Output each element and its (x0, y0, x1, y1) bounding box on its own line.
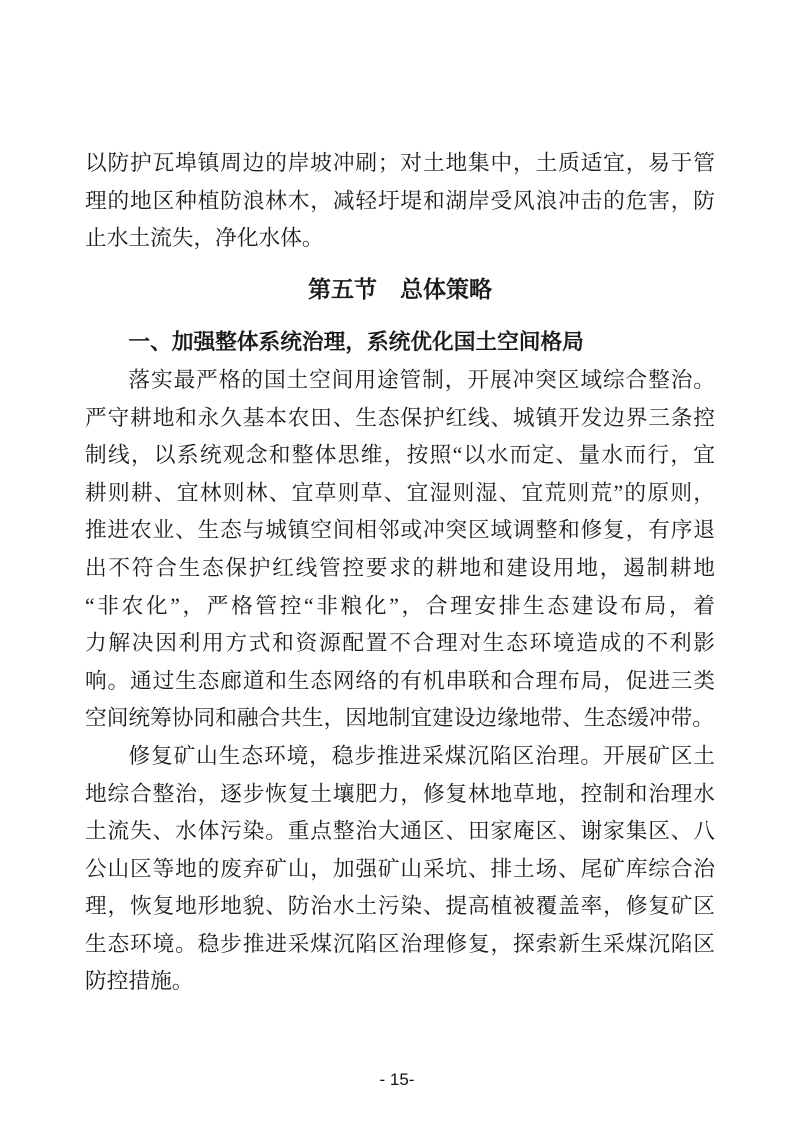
text-line: 理的地区种植防浪林木，减轻圩堤和湖岸受风浪冲击的危害，防 (85, 183, 715, 221)
text-line: 耕则耕、宜林则林、宜草则草、宜湿则湿、宜荒则荒”的原则， (85, 475, 715, 513)
text-line: 出不符合生态保护红线管控要求的耕地和建设用地，遏制耕地 (85, 550, 715, 588)
text-line: 落实最严格的国土空间用途管制，开展冲突区域综合整治。 (85, 362, 715, 400)
text-line: 力解决因利用方式和资源配置不合理对生态环境造成的不利影 (85, 625, 715, 663)
text-line: 推进农业、生态与城镇空间相邻或冲突区域调整和修复，有序退 (85, 512, 715, 550)
document-content: 以防护瓦埠镇周边的岸坡冲刷；对土地集中，土质适宜，易于管理的地区种植防浪林木，减… (85, 145, 715, 1001)
section-heading: 第五节 总体策略 (85, 271, 715, 309)
text-line: 公山区等地的废弃矿山，加强矿山采坑、排土场、尾矿库综合治 (85, 851, 715, 889)
text-line: 响。通过生态廊道和生态网络的有机串联和合理布局，促进三类 (85, 663, 715, 701)
text-line: 修复矿山生态环境，稳步推进采煤沉陷区治理。开展矿区土 (85, 738, 715, 776)
text-line: 空间统筹协同和融合共生，因地制宜建设边缘地带、生态缓冲带。 (85, 700, 715, 738)
text-line: 地综合整治，逐步恢复土壤肥力，修复林地草地，控制和治理水 (85, 776, 715, 814)
text-line: 制线，以系统观念和整体思维，按照“以水而定、量水而行，宜 (85, 437, 715, 475)
text-line: “非农化”，严格管控“非粮化”，合理安排生态建设布局，着 (85, 588, 715, 626)
text-line: 严守耕地和永久基本农田、生态保护红线、城镇开发边界三条控 (85, 400, 715, 438)
subsection-heading: 一、加强整体系统治理，系统优化国土空间格局 (85, 324, 715, 362)
text-line: 以防护瓦埠镇周边的岸坡冲刷；对土地集中，土质适宜，易于管 (85, 145, 715, 183)
text-line: 止水土流失，净化水体。 (85, 220, 715, 258)
text-line: 生态环境。稳步推进采煤沉陷区治理修复，探索新生采煤沉陷区 (85, 926, 715, 964)
page-number: - 15- (0, 1070, 794, 1090)
text-line: 防控措施。 (85, 963, 715, 1001)
document-page: 以防护瓦埠镇周边的岸坡冲刷；对土地集中，土质适宜，易于管理的地区种植防浪林木，减… (0, 0, 794, 1123)
text-line: 理，恢复地形地貌、防治水土污染、提高植被覆盖率，修复矿区 (85, 888, 715, 926)
text-line: 土流失、水体污染。重点整治大通区、田家庵区、谢家集区、八 (85, 813, 715, 851)
